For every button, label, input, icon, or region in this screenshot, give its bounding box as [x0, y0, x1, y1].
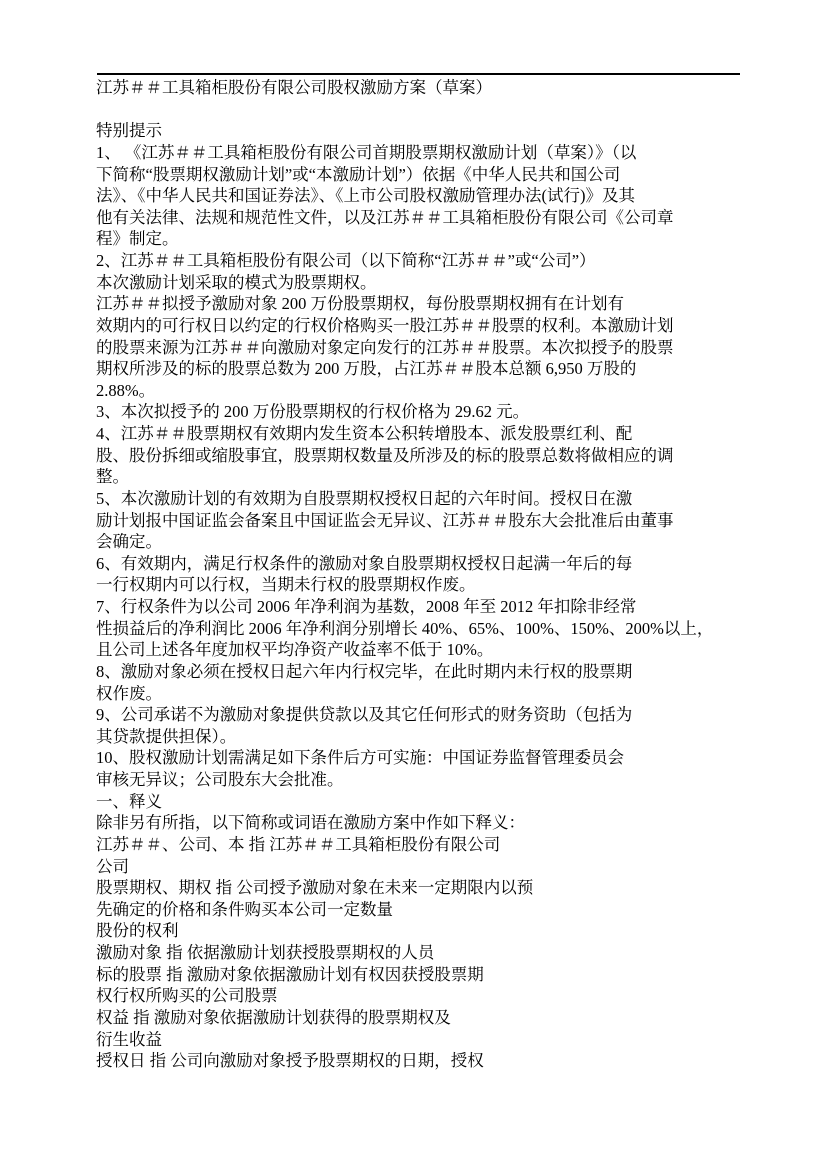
text-line: 3、本次拟授予的 200 万份股票期权的行权价格为 29.62 元。 [96, 401, 766, 423]
text-line: 审核无异议；公司股东大会批准。 [96, 769, 766, 791]
text-line: 6、有效期内，满足行权条件的激励对象自股票期权授权日起满一年后的每 [96, 553, 766, 575]
text-line: 江苏＃＃拟授予激励对象 200 万份股票期权，每份股票期权拥有在计划有 [96, 293, 766, 315]
text-line: 其贷款提供担保）。 [96, 726, 766, 748]
definition-line: 衍生收益 [96, 1029, 766, 1051]
text-line: 2、江苏＃＃工具箱柜股份有限公司（以下简称“江苏＃＃”或“公司”） [96, 250, 766, 272]
text-line: 性损益后的净利润比 2006 年净利润分别增长 40%、65%、100%、150… [96, 618, 766, 640]
blank-line [96, 99, 766, 121]
text-line: 法》、《中华人民共和国证券法》、《上市公司股权激励管理办法(试行)》及其 [96, 185, 766, 207]
text-line: 8、激励对象必须在授权日起六年内行权完毕，在此时期内未行权的股票期 [96, 661, 766, 683]
text-line: 2.88%。 [96, 380, 766, 402]
definition-line: 江苏＃＃、公司、本 指 江苏＃＃工具箱柜股份有限公司 [96, 834, 766, 856]
definition-line: 股票期权、期权 指 公司授予激励对象在未来一定期限内以预 [96, 877, 766, 899]
text-line: 程》制定。 [96, 228, 766, 250]
text-line: 整。 [96, 466, 766, 488]
section-heading-special-notice: 特别提示 [96, 120, 766, 142]
text-line: 一行权期内可以行权，当期未行权的股票期权作废。 [96, 574, 766, 596]
definition-line: 激励对象 指 依据激励计划获授股票期权的人员 [96, 942, 766, 964]
definition-line: 授权日 指 公司向激励对象授予股票期权的日期，授权 [96, 1050, 766, 1072]
text-line: 会确定。 [96, 531, 766, 553]
document-page: 江苏＃＃工具箱柜股份有限公司股权激励方案（草案） 特别提示1、 《江苏＃＃工具箱… [0, 0, 827, 1169]
text-line: 9、公司承诺不为激励对象提供贷款以及其它任何形式的财务资助（包括为 [96, 704, 766, 726]
document-body: 江苏＃＃工具箱柜股份有限公司股权激励方案（草案） 特别提示1、 《江苏＃＃工具箱… [96, 77, 766, 1072]
text-line: 7、行权条件为以公司 2006 年净利润为基数，2008 年至 2012 年扣除… [96, 596, 766, 618]
header-rule-line [97, 73, 740, 75]
text-line: 4、江苏＃＃股票期权有效期内发生资本公积转增股本、派发股票红利、配 [96, 423, 766, 445]
document-title: 江苏＃＃工具箱柜股份有限公司股权激励方案（草案） [96, 77, 766, 99]
text-line: 下简称“股票期权激励计划”或“本激励计划”）依据《中华人民共和国公司 [96, 164, 766, 186]
text-line: 励计划报中国证监会备案且中国证监会无异议、江苏＃＃股东大会批准后由董事 [96, 510, 766, 532]
text-line: 除非另有所指，以下简称或词语在激励方案中作如下释义： [96, 812, 766, 834]
text-line: 5、本次激励计划的有效期为自股票期权授权日起的六年时间。授权日在激 [96, 488, 766, 510]
text-line: 股、股份拆细或缩股事宜，股票期权数量及所涉及的标的股票总数将做相应的调 [96, 445, 766, 467]
text-line: 的股票来源为江苏＃＃向激励对象定向发行的江苏＃＃股票。本次拟授予的股票 [96, 337, 766, 359]
text-line: 1、 《江苏＃＃工具箱柜股份有限公司首期股票期权激励计划（草案）》（以 [96, 142, 766, 164]
text-line: 期权所涉及的标的股票总数为 200 万股，占江苏＃＃股本总额 6,950 万股的 [96, 358, 766, 380]
text-line: 且公司上述各年度加权平均净资产收益率不低于 10%。 [96, 639, 766, 661]
definition-line: 标的股票 指 激励对象依据激励计划有权因获授股票期 [96, 964, 766, 986]
definition-line: 公司 [96, 856, 766, 878]
definition-line: 先确定的价格和条件购买本公司一定数量 [96, 899, 766, 921]
definition-line: 股份的权利 [96, 920, 766, 942]
definition-line: 权行权所购买的公司股票 [96, 985, 766, 1007]
text-line: 他有关法律、法规和规范性文件，以及江苏＃＃工具箱柜股份有限公司《公司章 [96, 207, 766, 229]
section-heading-definitions: 一、释义 [96, 791, 766, 813]
text-line: 本次激励计划采取的模式为股票期权。 [96, 272, 766, 294]
text-line: 10、股权激励计划需满足如下条件后方可实施：中国证券监督管理委员会 [96, 747, 766, 769]
text-line: 权作废。 [96, 683, 766, 705]
definition-line: 权益 指 激励对象依据激励计划获得的股票期权及 [96, 1007, 766, 1029]
text-line: 效期内的可行权日以约定的行权价格购买一股江苏＃＃股票的权利。本激励计划 [96, 315, 766, 337]
